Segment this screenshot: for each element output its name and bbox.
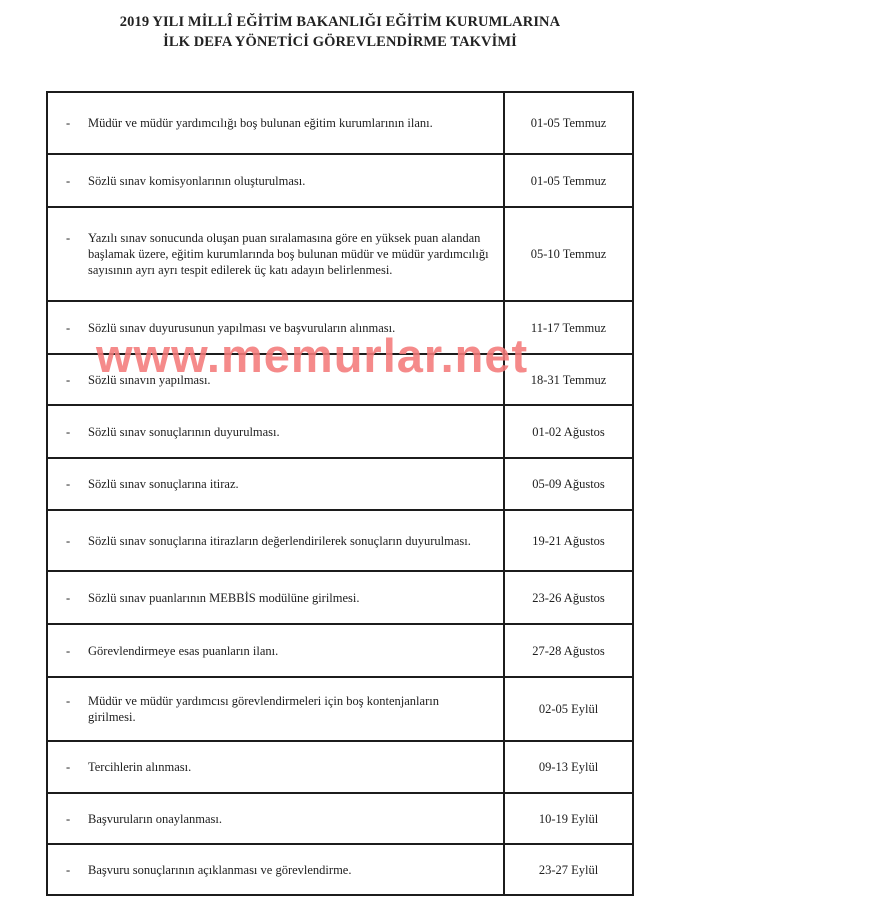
table-row: -Başvuruların onaylanması.10-19 Eylül — [47, 793, 633, 844]
activity-description: Sözlü sınavın yapılması. — [88, 372, 489, 388]
table-row: -Sözlü sınav komisyonlarının oluşturulma… — [47, 154, 633, 207]
table-row: -Görevlendirmeye esas puanların ilanı.27… — [47, 624, 633, 677]
table-row: -Müdür ve müdür yardımcısı görevlendirme… — [47, 677, 633, 741]
table-row: -Sözlü sınav duyurusunun yapılması ve ba… — [47, 301, 633, 354]
activity-description: Müdür ve müdür yardımcılığı boş bulunan … — [88, 115, 489, 131]
activity-cell: -Başvuruların onaylanması. — [47, 793, 504, 844]
activity-cell: -Yazılı sınav sonucunda oluşan puan sıra… — [47, 207, 504, 301]
table-row: -Müdür ve müdür yardımcılığı boş bulunan… — [47, 92, 633, 154]
dash-bullet-icon: - — [66, 320, 78, 336]
activity-item: -Tercihlerin alınması. — [48, 759, 489, 775]
table-row: -Sözlü sınav sonuçlarına itirazların değ… — [47, 510, 633, 571]
activity-description: Başvuru sonuçlarının açıklanması ve göre… — [88, 862, 489, 878]
activity-item: -Sözlü sınav sonuçlarına itirazların değ… — [48, 533, 489, 549]
date-range: 01-05 Temmuz — [504, 92, 633, 154]
activity-cell: -Sözlü sınav sonuçlarına itiraz. — [47, 458, 504, 510]
schedule-table: -Müdür ve müdür yardımcılığı boş bulunan… — [46, 91, 634, 896]
date-range: 23-27 Eylül — [504, 844, 633, 895]
activity-description: Sözlü sınav sonuçlarına itiraz. — [88, 476, 489, 492]
activity-cell: -Tercihlerin alınması. — [47, 741, 504, 793]
activity-description: Sözlü sınav puanlarının MEBBİS modülüne … — [88, 590, 489, 606]
dash-bullet-icon: - — [66, 173, 78, 189]
dash-bullet-icon: - — [66, 372, 78, 388]
activity-cell: -Sözlü sınav sonuçlarına itirazların değ… — [47, 510, 504, 571]
date-range: 11-17 Temmuz — [504, 301, 633, 354]
activity-item: -Başvuru sonuçlarının açıklanması ve gör… — [48, 862, 489, 878]
table-row: -Sözlü sınav sonuçlarının duyurulması.01… — [47, 405, 633, 458]
activity-description: Sözlü sınav sonuçlarının duyurulması. — [88, 424, 489, 440]
date-range: 27-28 Ağustos — [504, 624, 633, 677]
activity-item: -Sözlü sınav puanlarının MEBBİS modülüne… — [48, 590, 489, 606]
activity-cell: -Başvuru sonuçlarının açıklanması ve gör… — [47, 844, 504, 895]
activity-item: -Sözlü sınav sonuçlarına itiraz. — [48, 476, 489, 492]
table-row: -Sözlü sınav sonuçlarına itiraz.05-09 Ağ… — [47, 458, 633, 510]
activity-item: -Sözlü sınav komisyonlarının oluşturulma… — [48, 173, 489, 189]
title-line-2: İLK DEFA YÖNETİCİ GÖREVLENDİRME TAKVİMİ — [0, 32, 680, 52]
activity-description: Sözlü sınav komisyonlarının oluşturulmas… — [88, 173, 489, 189]
activity-cell: -Sözlü sınav puanlarının MEBBİS modülüne… — [47, 571, 504, 624]
table-row: -Sözlü sınav puanlarının MEBBİS modülüne… — [47, 571, 633, 624]
activity-description: Başvuruların onaylanması. — [88, 811, 489, 827]
activity-cell: -Müdür ve müdür yardımcılığı boş bulunan… — [47, 92, 504, 154]
table-row: -Tercihlerin alınması.09-13 Eylül — [47, 741, 633, 793]
dash-bullet-icon: - — [66, 693, 78, 709]
dash-bullet-icon: - — [66, 862, 78, 878]
date-range: 05-09 Ağustos — [504, 458, 633, 510]
activity-cell: -Görevlendirmeye esas puanların ilanı. — [47, 624, 504, 677]
activity-item: -Başvuruların onaylanması. — [48, 811, 489, 827]
activity-cell: -Sözlü sınav sonuçlarının duyurulması. — [47, 405, 504, 458]
date-range: 18-31 Temmuz — [504, 354, 633, 405]
activity-item: -Sözlü sınav sonuçlarının duyurulması. — [48, 424, 489, 440]
activity-description: Sözlü sınav sonuçlarına itirazların değe… — [88, 533, 489, 549]
table-row: -Sözlü sınavın yapılması.18-31 Temmuz — [47, 354, 633, 405]
dash-bullet-icon: - — [66, 643, 78, 659]
dash-bullet-icon: - — [66, 811, 78, 827]
document-title: 2019 YILI MİLLÎ EĞİTİM BAKANLIĞI EĞİTİM … — [0, 12, 680, 52]
activity-cell: -Sözlü sınavın yapılması. — [47, 354, 504, 405]
activity-cell: -Sözlü sınav komisyonlarının oluşturulma… — [47, 154, 504, 207]
date-range: 02-05 Eylül — [504, 677, 633, 741]
date-range: 19-21 Ağustos — [504, 510, 633, 571]
activity-cell: -Müdür ve müdür yardımcısı görevlendirme… — [47, 677, 504, 741]
dash-bullet-icon: - — [66, 759, 78, 775]
table-row: -Yazılı sınav sonucunda oluşan puan sıra… — [47, 207, 633, 301]
dash-bullet-icon: - — [66, 533, 78, 549]
activity-description: Görevlendirmeye esas puanların ilanı. — [88, 643, 489, 659]
date-range: 01-02 Ağustos — [504, 405, 633, 458]
dash-bullet-icon: - — [66, 115, 78, 131]
activity-item: -Sözlü sınavın yapılması. — [48, 372, 489, 388]
dash-bullet-icon: - — [66, 476, 78, 492]
activity-item: -Yazılı sınav sonucunda oluşan puan sıra… — [48, 230, 489, 278]
activity-item: -Sözlü sınav duyurusunun yapılması ve ba… — [48, 320, 489, 336]
title-line-1: 2019 YILI MİLLÎ EĞİTİM BAKANLIĞI EĞİTİM … — [0, 12, 680, 32]
table-row: -Başvuru sonuçlarının açıklanması ve gör… — [47, 844, 633, 895]
dash-bullet-icon: - — [66, 424, 78, 440]
date-range: 05-10 Temmuz — [504, 207, 633, 301]
schedule-table-body: -Müdür ve müdür yardımcılığı boş bulunan… — [47, 92, 633, 895]
activity-item: -Görevlendirmeye esas puanların ilanı. — [48, 643, 489, 659]
date-range: 10-19 Eylül — [504, 793, 633, 844]
date-range: 01-05 Temmuz — [504, 154, 633, 207]
activity-item: -Müdür ve müdür yardımcısı görevlendirme… — [48, 693, 489, 725]
activity-description: Müdür ve müdür yardımcısı görevlendirmel… — [88, 693, 489, 725]
date-range: 09-13 Eylül — [504, 741, 633, 793]
dash-bullet-icon: - — [66, 230, 78, 246]
activity-cell: -Sözlü sınav duyurusunun yapılması ve ba… — [47, 301, 504, 354]
activity-description: Tercihlerin alınması. — [88, 759, 489, 775]
activity-description: Sözlü sınav duyurusunun yapılması ve baş… — [88, 320, 489, 336]
activity-item: -Müdür ve müdür yardımcılığı boş bulunan… — [48, 115, 489, 131]
date-range: 23-26 Ağustos — [504, 571, 633, 624]
dash-bullet-icon: - — [66, 590, 78, 606]
activity-description: Yazılı sınav sonucunda oluşan puan sıral… — [88, 230, 489, 278]
